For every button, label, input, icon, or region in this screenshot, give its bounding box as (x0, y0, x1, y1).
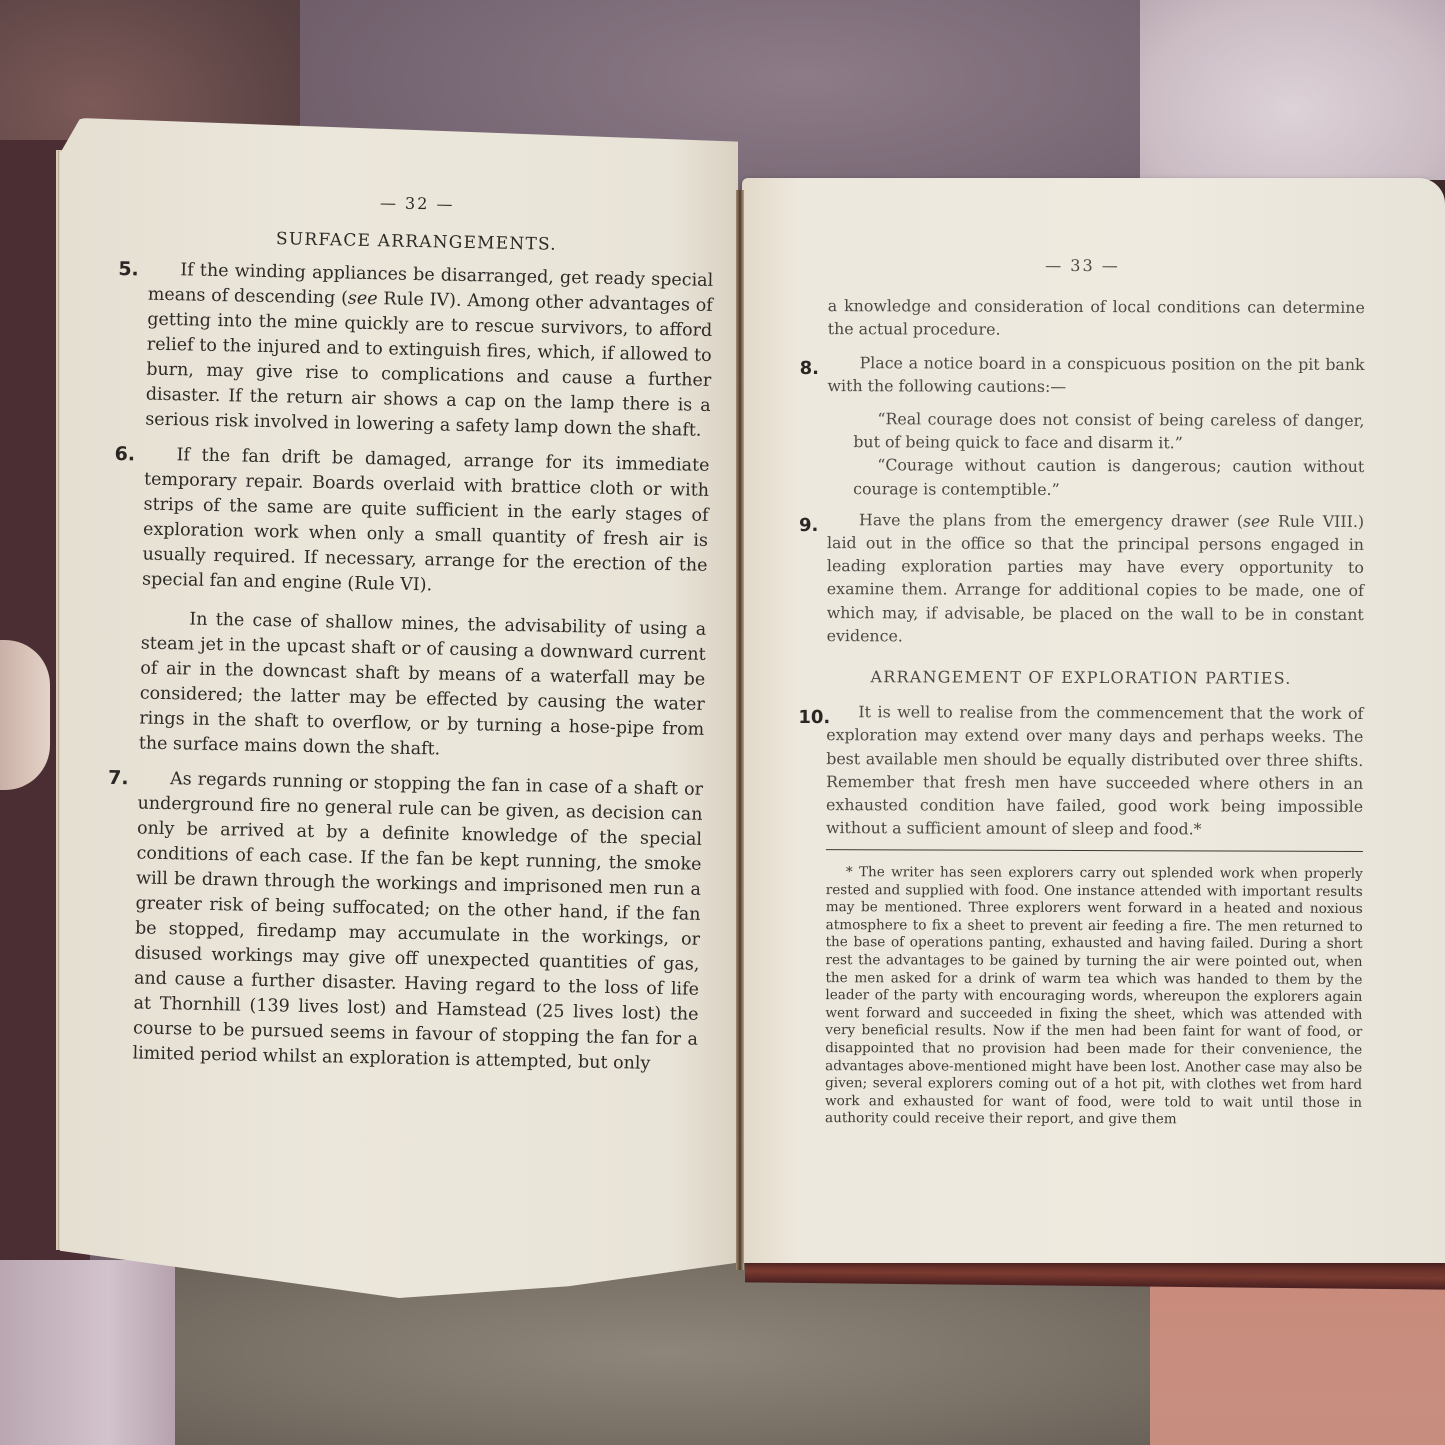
section-heading: SURFACE ARRANGEMENTS. (119, 224, 714, 261)
fabric-background-salmon (1150, 1280, 1445, 1445)
fabric-background-grey (175, 1260, 1155, 1445)
quote-1: “Real courage does not consist of being … (853, 407, 1364, 455)
right-page-text: — 33 — a knowledge and consideration of … (797, 253, 1365, 1144)
paragraph-continuation: a knowledge and consideration of local c… (800, 294, 1365, 342)
paragraph-6: 6.If the fan drift be damaged, arrange f… (112, 442, 710, 604)
footnote: * The writer has seen explorers carry ou… (797, 864, 1363, 1130)
paragraph-number: 6. (114, 442, 135, 467)
fabric-background-lilac (0, 1260, 180, 1445)
left-page-text: — 32 — SURFACE ARRANGEMENTS. 5.If the wi… (102, 185, 715, 1088)
page-number: — 33 — (800, 253, 1365, 278)
paragraph-number: 8. (800, 357, 819, 380)
paragraph-number: 9. (799, 514, 818, 537)
paragraph-number: 10. (798, 706, 830, 729)
quote-2: “Courage without caution is dangerous; c… (853, 454, 1364, 502)
paragraph-10: 10.It is well to realise from the commen… (798, 700, 1363, 841)
paragraph-5: 5.If the winding appliances be disarrang… (115, 257, 713, 444)
section-heading: ARRANGEMENT OF EXPLORATION PARTIES. (798, 665, 1363, 690)
paragraph-number: 5. (118, 257, 139, 282)
caution-quotes: “Real courage does not consist of being … (799, 407, 1364, 502)
paragraph-8: 8.Place a notice board in a conspicuous … (799, 351, 1364, 399)
paragraph-shallow-mines: In the case of shallow mines, the advisa… (109, 606, 707, 768)
footnote-divider (826, 850, 1363, 853)
paragraph-9: 9.Have the plans from the emergency draw… (799, 508, 1364, 649)
paragraph-7: 7.As regards running or stopping the fan… (102, 766, 703, 1078)
thumb (0, 640, 50, 790)
book-gutter (736, 190, 744, 1270)
paragraph-number: 7. (108, 766, 129, 791)
